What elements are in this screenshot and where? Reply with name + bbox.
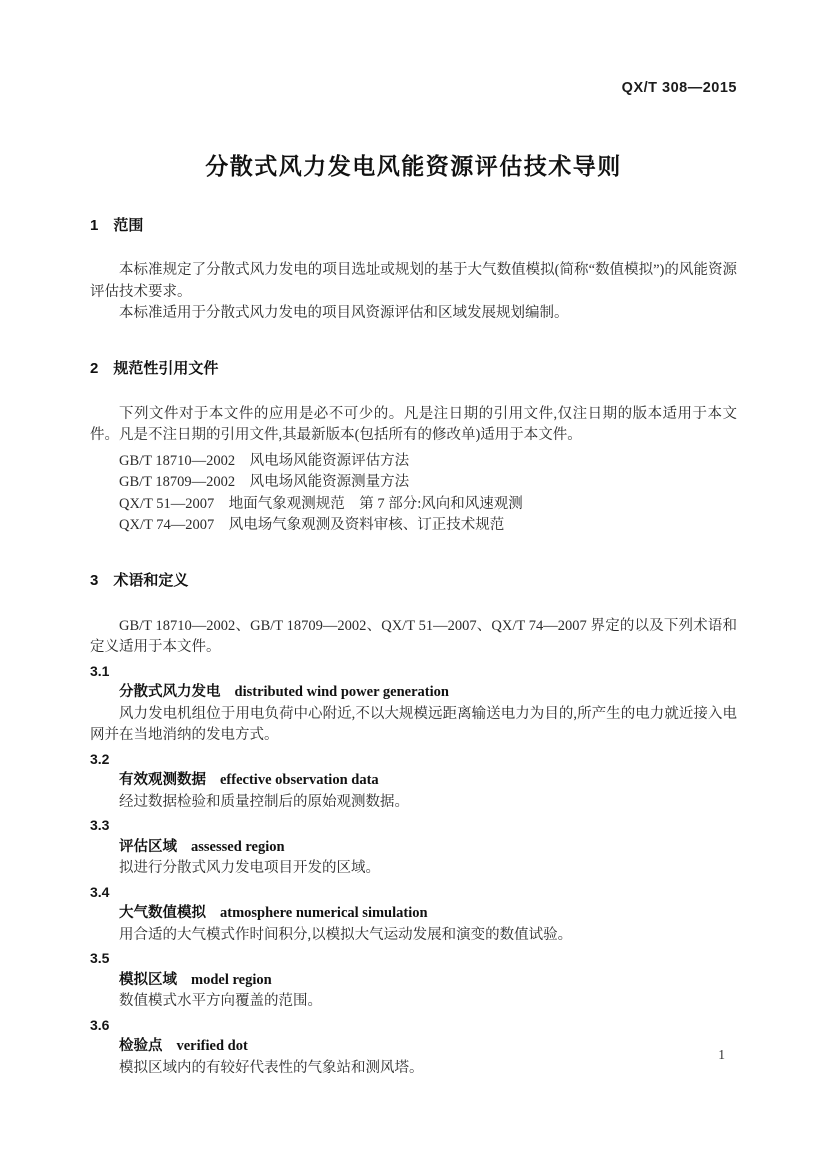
term-title: 有效观测数据effective observation data bbox=[90, 770, 737, 792]
term-chinese: 分散式风力发电 bbox=[119, 684, 221, 700]
term-title: 评估区域assessed region bbox=[90, 837, 737, 859]
page-number: 1 bbox=[718, 1047, 725, 1063]
term-english: distributed wind power generation bbox=[235, 684, 449, 700]
paragraph: GB/T 18710—2002、GB/T 18709—2002、QX/T 51—… bbox=[90, 616, 737, 659]
paragraph: 本标准规定了分散式风力发电的项目选址或规划的基于大气数值模拟(简称“数值模拟”)… bbox=[90, 260, 737, 303]
term-definition: 经过数据检验和质量控制后的原始观测数据。 bbox=[90, 792, 737, 814]
section-title: 范围 bbox=[113, 217, 143, 234]
section-heading-scope: 1范围 bbox=[90, 217, 737, 235]
term-number: 3.6 bbox=[90, 1015, 737, 1037]
term-title: 分散式风力发电distributed wind power generation bbox=[90, 682, 737, 704]
term-english: atmosphere numerical simulation bbox=[220, 905, 428, 921]
reference-item: QX/T 51—2007 地面气象观测规范 第 7 部分:风向和风速观测 bbox=[90, 494, 737, 516]
term-block-3-3: 3.3 评估区域assessed region 拟进行分散式风力发电项目开发的区… bbox=[90, 815, 737, 880]
paragraph: 本标准适用于分散式风力发电的项目风资源评估和区域发展规划编制。 bbox=[90, 303, 737, 325]
term-english: effective observation data bbox=[220, 772, 379, 788]
section-terms-definitions: 3术语和定义 GB/T 18710—2002、GB/T 18709—2002、Q… bbox=[90, 572, 737, 1080]
term-title: 检验点verified dot bbox=[90, 1036, 737, 1058]
term-chinese: 检验点 bbox=[119, 1038, 163, 1054]
term-title: 大气数值模拟atmosphere numerical simulation bbox=[90, 903, 737, 925]
standard-code: QX/T 308—2015 bbox=[90, 80, 737, 97]
term-block-3-5: 3.5 模拟区域model region 数值模式水平方向覆盖的范围。 bbox=[90, 948, 737, 1013]
term-definition: 风力发电机组位于用电负荷中心附近,不以大规模远距离输送电力为目的,所产生的电力就… bbox=[90, 704, 737, 747]
section-title: 规范性引用文件 bbox=[113, 360, 218, 377]
document-page: QX/T 308—2015 分散式风力发电风能资源评估技术导则 1范围 本标准规… bbox=[0, 0, 826, 1169]
term-definition: 模拟区域内的有较好代表性的气象站和测风塔。 bbox=[90, 1058, 737, 1080]
term-number: 3.3 bbox=[90, 815, 737, 837]
term-block-3-2: 3.2 有效观测数据effective observation data 经过数… bbox=[90, 749, 737, 814]
term-chinese: 有效观测数据 bbox=[119, 772, 206, 788]
reference-item: GB/T 18709—2002 风电场风能资源测量方法 bbox=[90, 472, 737, 494]
reference-list: GB/T 18710—2002 风电场风能资源评估方法 GB/T 18709—2… bbox=[90, 451, 737, 537]
paragraph: 下列文件对于本文件的应用是必不可少的。凡是注日期的引用文件,仅注日期的版本适用于… bbox=[90, 404, 737, 447]
term-number: 3.4 bbox=[90, 882, 737, 904]
term-definition: 用合适的大气模式作时间积分,以模拟大气运动发展和演变的数值试验。 bbox=[90, 925, 737, 947]
term-block-3-6: 3.6 检验点verified dot 模拟区域内的有较好代表性的气象站和测风塔… bbox=[90, 1015, 737, 1080]
term-block-3-4: 3.4 大气数值模拟atmosphere numerical simulatio… bbox=[90, 882, 737, 947]
term-english: assessed region bbox=[191, 839, 285, 855]
term-chinese: 评估区域 bbox=[119, 839, 177, 855]
term-english: model region bbox=[191, 972, 272, 988]
section-body-references: 下列文件对于本文件的应用是必不可少的。凡是注日期的引用文件,仅注日期的版本适用于… bbox=[90, 404, 737, 537]
section-title: 术语和定义 bbox=[113, 572, 188, 589]
term-chinese: 模拟区域 bbox=[119, 972, 177, 988]
reference-item: QX/T 74—2007 风电场气象观测及资料审核、订正技术规范 bbox=[90, 515, 737, 537]
term-chinese: 大气数值模拟 bbox=[119, 905, 206, 921]
term-number: 3.2 bbox=[90, 749, 737, 771]
term-number: 3.5 bbox=[90, 948, 737, 970]
section-scope: 1范围 本标准规定了分散式风力发电的项目选址或规划的基于大气数值模拟(简称“数值… bbox=[90, 217, 737, 325]
term-definition: 拟进行分散式风力发电项目开发的区域。 bbox=[90, 858, 737, 880]
term-definition: 数值模式水平方向覆盖的范围。 bbox=[90, 991, 737, 1013]
term-english: verified dot bbox=[177, 1038, 248, 1054]
terms-list: 3.1 分散式风力发电distributed wind power genera… bbox=[90, 661, 737, 1080]
term-number: 3.1 bbox=[90, 661, 737, 683]
reference-item: GB/T 18710—2002 风电场风能资源评估方法 bbox=[90, 451, 737, 473]
section-normative-references: 2规范性引用文件 下列文件对于本文件的应用是必不可少的。凡是注日期的引用文件,仅… bbox=[90, 360, 737, 537]
section-number: 2 bbox=[90, 360, 98, 378]
section-body-terms: GB/T 18710—2002、GB/T 18709—2002、QX/T 51—… bbox=[90, 616, 737, 1080]
section-number: 1 bbox=[90, 217, 98, 235]
section-body-scope: 本标准规定了分散式风力发电的项目选址或规划的基于大气数值模拟(简称“数值模拟”)… bbox=[90, 260, 737, 325]
term-title: 模拟区域model region bbox=[90, 970, 737, 992]
section-heading-references: 2规范性引用文件 bbox=[90, 360, 737, 378]
term-block-3-1: 3.1 分散式风力发电distributed wind power genera… bbox=[90, 661, 737, 747]
document-title: 分散式风力发电风能资源评估技术导则 bbox=[90, 150, 737, 182]
section-heading-terms: 3术语和定义 bbox=[90, 572, 737, 590]
section-number: 3 bbox=[90, 572, 98, 590]
